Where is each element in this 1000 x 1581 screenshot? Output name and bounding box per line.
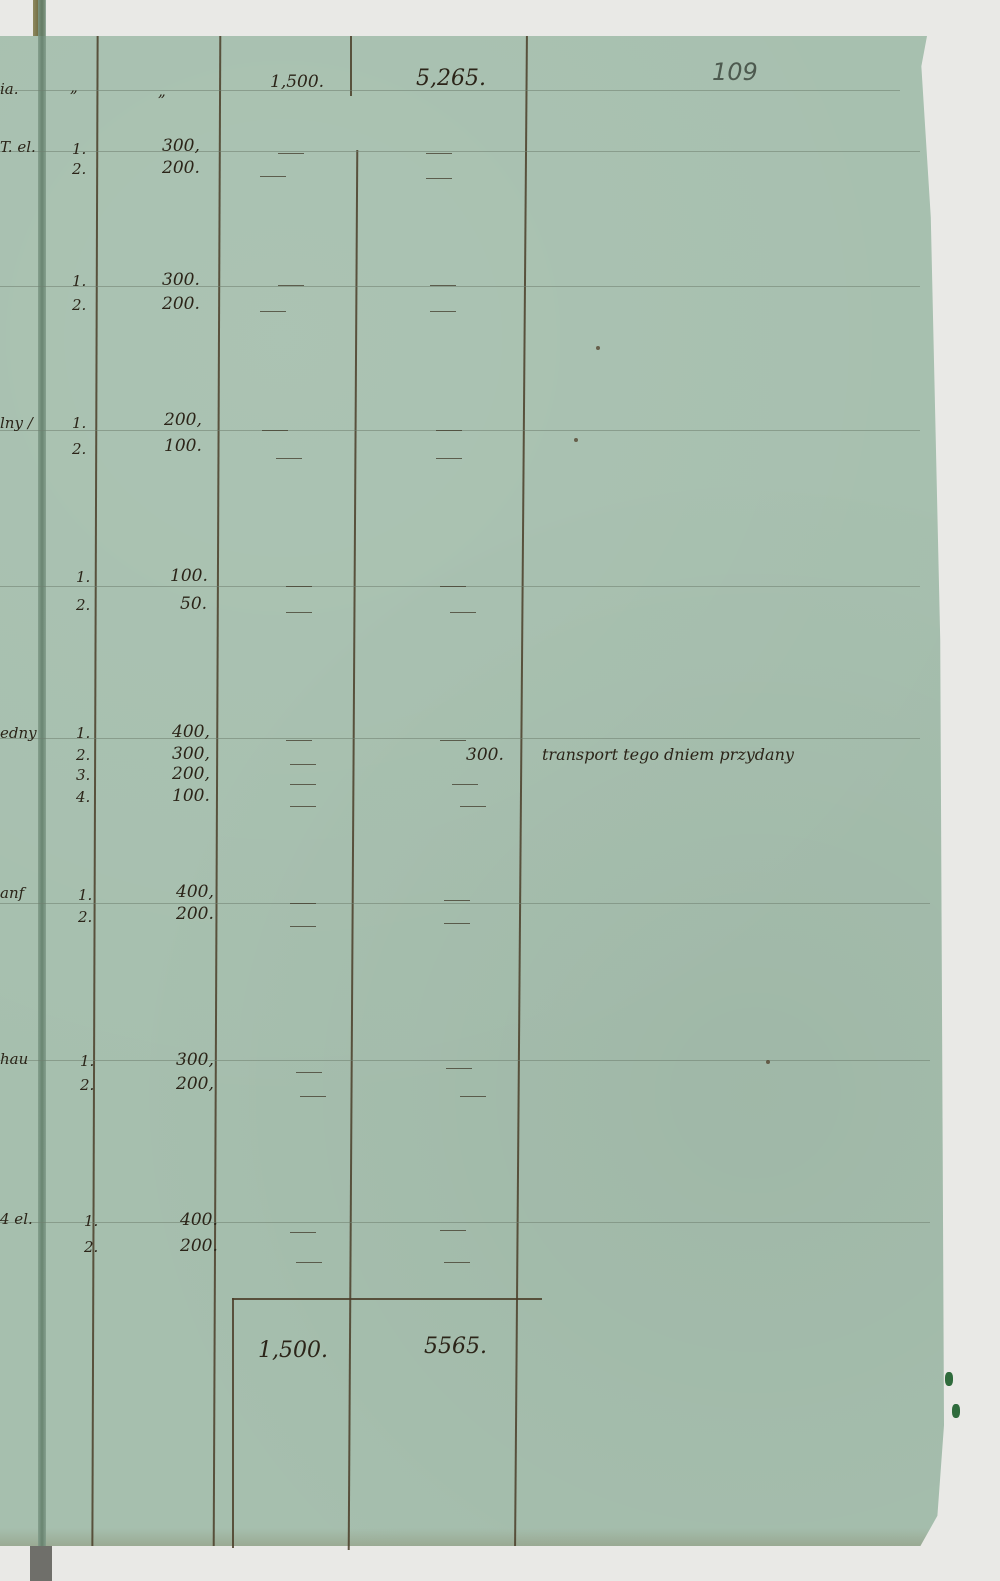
stain — [945, 1372, 953, 1386]
label-fragment: T. el. — [0, 138, 36, 156]
row-amount: 50. — [180, 594, 207, 614]
dash-mark — [444, 900, 470, 901]
binding-strip-bottom — [30, 1546, 52, 1581]
row-index: 2. — [72, 440, 86, 458]
dash-mark — [276, 458, 302, 459]
paper-edge-shadow — [0, 1528, 944, 1546]
dash-mark — [290, 784, 316, 785]
dash-mark — [278, 153, 304, 154]
row-index: 2. — [80, 1076, 94, 1094]
row-amount: 200, — [176, 1074, 214, 1094]
dash-mark — [440, 1230, 466, 1231]
row-index: 2. — [72, 160, 86, 178]
dash-mark — [460, 1096, 486, 1097]
row-line — [0, 738, 920, 739]
row-index: 1. — [84, 1212, 98, 1230]
row-amount: 300, — [162, 136, 200, 156]
row-index: 3. — [76, 766, 90, 784]
row-amount: 200, — [172, 764, 210, 784]
ink-spot — [574, 438, 578, 442]
carried-col-b: 5,265. — [416, 66, 486, 91]
row-amount: 300, — [176, 1050, 214, 1070]
row-index: 1. — [76, 568, 90, 586]
dash-mark — [460, 806, 486, 807]
row-amount: 300, — [172, 744, 210, 764]
dash-mark — [296, 1262, 322, 1263]
dash-mark — [290, 806, 316, 807]
dash-mark — [452, 784, 478, 785]
dash-mark — [286, 612, 312, 613]
row-amount: 400, — [176, 882, 214, 902]
dash-mark — [290, 926, 316, 927]
total-col-b: 5565. — [424, 1334, 487, 1359]
total-rule — [232, 1298, 542, 1300]
dash-mark — [290, 1232, 316, 1233]
dash-mark — [430, 311, 456, 312]
margin-annotation: transport tego dniem przydany — [542, 745, 794, 764]
row-amount: 200. — [162, 294, 200, 314]
label-fragment: 4 el. — [0, 1210, 33, 1228]
row-col-b-value: 300. — [466, 745, 504, 765]
row-index: 1. — [72, 140, 86, 158]
dash-mark — [450, 612, 476, 613]
row-amount: 100. — [170, 566, 208, 586]
ditto-mark: „ — [158, 82, 166, 100]
dash-mark — [426, 178, 452, 179]
ditto-mark: „ — [70, 78, 78, 96]
row-index: 2. — [76, 596, 90, 614]
row-index: 1. — [72, 272, 86, 290]
dash-mark — [300, 1096, 326, 1097]
row-amount: 200. — [180, 1236, 218, 1256]
row-line — [0, 286, 920, 287]
dash-mark — [290, 903, 316, 904]
dash-mark — [436, 430, 462, 431]
row-amount: 400, — [172, 722, 210, 742]
row-index: 1. — [78, 886, 92, 904]
dash-mark — [260, 311, 286, 312]
row-line — [0, 151, 920, 152]
row-index: 1. — [72, 414, 86, 432]
row-amount: 200. — [162, 158, 200, 178]
label-fragment: ia. — [0, 80, 19, 98]
label-fragment: lny / — [0, 414, 33, 432]
dash-mark — [426, 153, 452, 154]
dash-mark — [436, 458, 462, 459]
column-rule-col-a — [350, 36, 352, 96]
dash-mark — [290, 764, 316, 765]
row-line — [0, 1222, 930, 1223]
page-fold — [38, 0, 46, 1581]
row-index: 2. — [84, 1238, 98, 1256]
row-amount: 400. — [180, 1210, 218, 1230]
dash-mark — [446, 1068, 472, 1069]
dash-mark — [440, 586, 466, 587]
ledger-page — [0, 36, 944, 1546]
dash-mark — [444, 923, 470, 924]
dash-mark — [260, 176, 286, 177]
dash-mark — [440, 740, 466, 741]
row-index: 2. — [72, 296, 86, 314]
folio-number: 109 — [712, 58, 758, 86]
row-amount: 200. — [176, 904, 214, 924]
ink-spot — [596, 346, 600, 350]
row-amount: 100. — [172, 786, 210, 806]
row-index: 2. — [76, 746, 90, 764]
row-line — [0, 903, 930, 904]
total-box-left — [232, 1298, 234, 1548]
total-col-a: 1,500. — [258, 1338, 328, 1363]
dash-mark — [286, 740, 312, 741]
row-amount: 200, — [164, 410, 202, 430]
dash-mark — [278, 285, 304, 286]
dash-mark — [296, 1072, 322, 1073]
dash-mark — [262, 430, 288, 431]
stain — [952, 1404, 960, 1418]
ink-spot — [766, 1060, 770, 1064]
dash-mark — [430, 285, 456, 286]
row-index: 1. — [80, 1052, 94, 1070]
dash-mark — [444, 1262, 470, 1263]
label-fragment: anf — [0, 884, 24, 902]
carried-col-a: 1,500. — [270, 72, 324, 92]
row-index: 4. — [76, 788, 90, 806]
row-amount: 300. — [162, 270, 200, 290]
dash-mark — [286, 586, 312, 587]
row-amount: 100. — [164, 436, 202, 456]
label-fragment: hau — [0, 1050, 28, 1068]
row-index: 2. — [78, 908, 92, 926]
label-fragment: edny — [0, 724, 37, 742]
row-line — [0, 1060, 930, 1061]
row-index: 1. — [76, 724, 90, 742]
